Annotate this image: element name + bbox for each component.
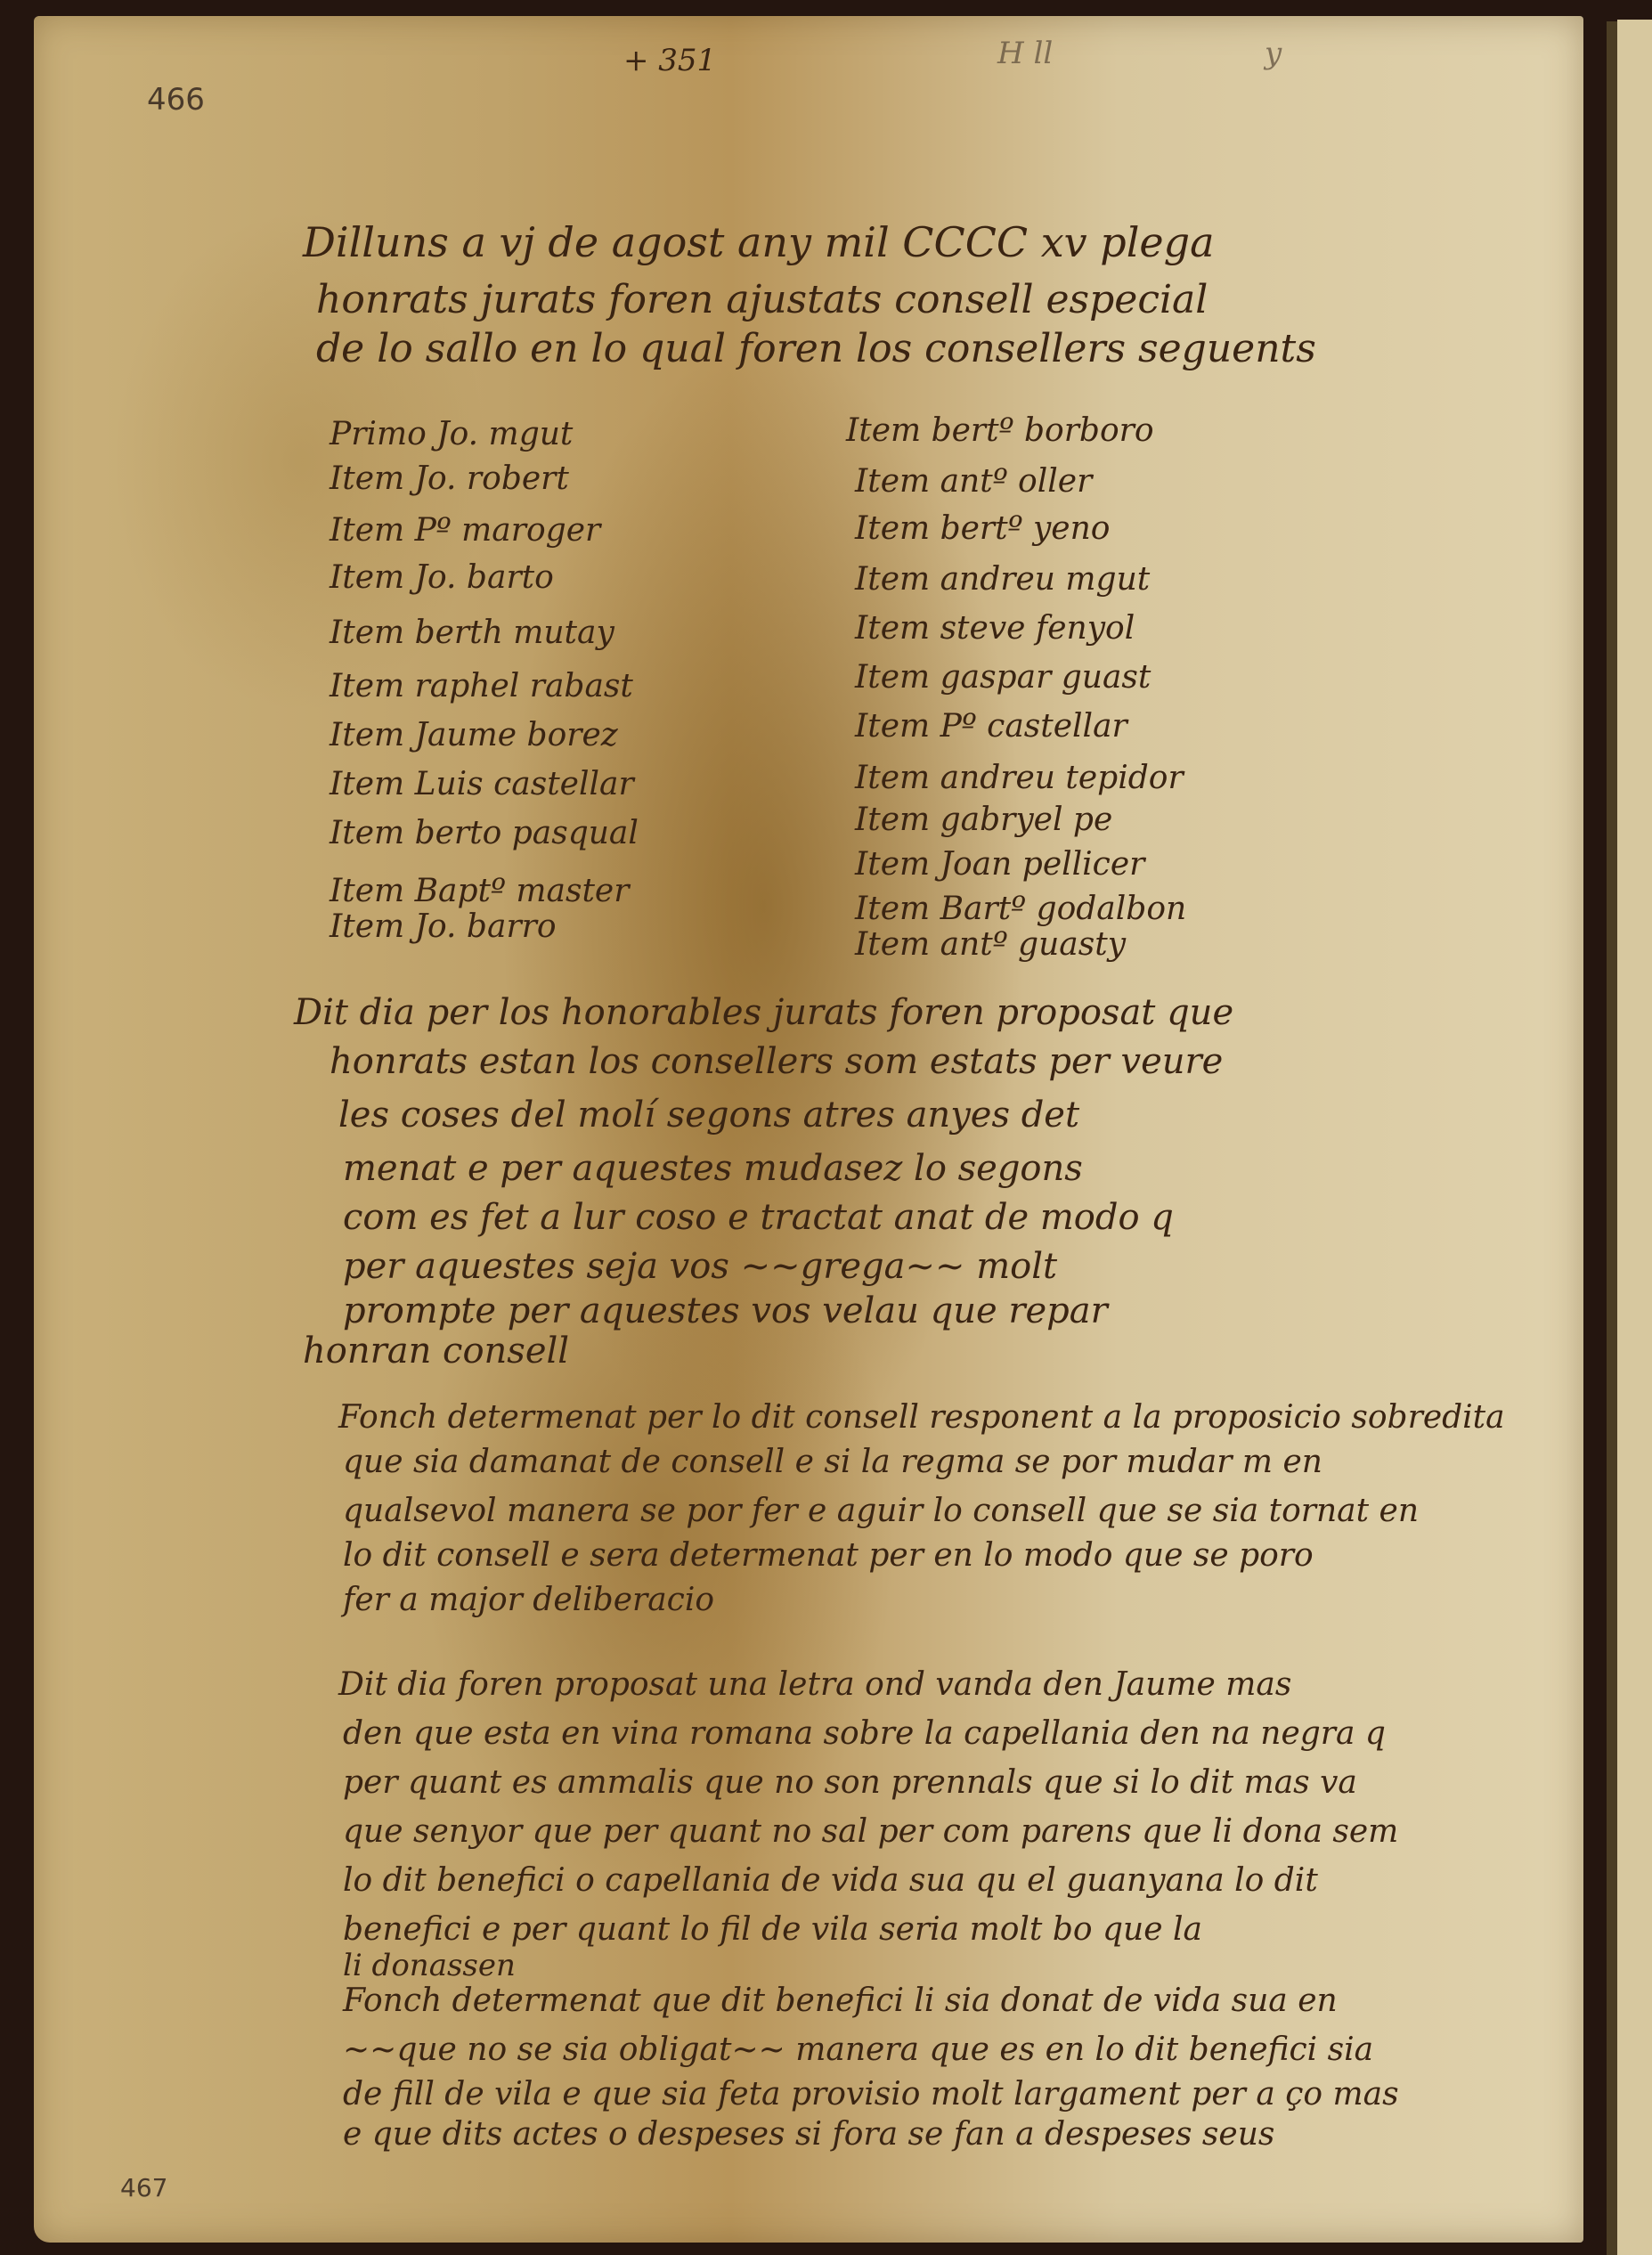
text-line: e que dits actes o despeses si fora se f… bbox=[343, 2111, 1274, 2159]
text-line: fer a major deliberacio bbox=[343, 1576, 714, 1624]
text-line: honran consell bbox=[303, 1327, 569, 1375]
text-line: les coses del molí segons atres anyes de… bbox=[338, 1091, 1079, 1139]
name-right: Item andreu tepidor bbox=[855, 755, 1184, 802]
top-mark-2: H ll bbox=[997, 36, 1053, 71]
name-left: Item Jaume borez bbox=[330, 712, 618, 759]
name-left: Item berto pasqual bbox=[330, 810, 639, 857]
facing-page-edge bbox=[1617, 20, 1652, 2255]
text-line: que senyor que per quant no sal per com … bbox=[343, 1808, 1398, 1856]
text-line: Dit dia foren proposat una letra ond van… bbox=[338, 1661, 1291, 1709]
name-left: Item berth mutay bbox=[330, 610, 614, 656]
text-line: ~~que no se sia obligat~~ manera que es … bbox=[343, 2026, 1373, 2074]
text-line: lo dit benefici o capellania de vida sua… bbox=[343, 1857, 1318, 1905]
name-right: Item Pº castellar bbox=[855, 704, 1127, 750]
text-line: honrats estan los consellers som estats … bbox=[330, 1038, 1223, 1086]
name-right: Item andreu mgut bbox=[855, 557, 1150, 603]
name-left: Item Jo. robert bbox=[330, 456, 569, 502]
name-left: Item Luis castellar bbox=[330, 761, 634, 808]
text-line: Fonch determenat que dit benefici li sia… bbox=[343, 1977, 1338, 2025]
name-right: Item gaspar guast bbox=[855, 655, 1151, 701]
text-line: lo dit consell e sera determenat per en … bbox=[343, 1532, 1314, 1580]
top-mark-1: + 351 bbox=[623, 43, 716, 78]
name-left: Primo Jo. mgut bbox=[330, 411, 573, 458]
name-right: Item gabryel pe bbox=[855, 797, 1112, 843]
text-line: menat e per aquestes mudasez lo segons bbox=[343, 1144, 1083, 1193]
header-line-3: de lo sallo en lo qual foren los consell… bbox=[316, 325, 1316, 373]
text-line: com es fet a lur coso e tractat anat de … bbox=[343, 1193, 1174, 1241]
name-right: Item bertº yeno bbox=[855, 506, 1110, 552]
name-left: Item Pº maroger bbox=[330, 508, 600, 554]
top-mark-3: y bbox=[1265, 36, 1282, 71]
text-line: que sia damanat de consell e si la regma… bbox=[343, 1438, 1322, 1486]
name-right: Item antº oller bbox=[855, 459, 1092, 505]
folio-number-bottom: 467 bbox=[120, 2173, 167, 2202]
name-right: Item Joan pellicer bbox=[855, 842, 1144, 888]
text-line: per quant es ammalis que no son prennals… bbox=[343, 1759, 1357, 1807]
name-left: Item raphel rabast bbox=[330, 663, 633, 710]
book-gutter bbox=[1607, 21, 1617, 2255]
header-line-1: Dilluns a vj de agost any mil CCCC xv pl… bbox=[303, 218, 1215, 266]
text-line: den que esta en vina romana sobre la cap… bbox=[343, 1710, 1386, 1758]
name-right: Item bertº borboro bbox=[846, 408, 1154, 454]
text-line: qualsevol manera se por fer e aguir lo c… bbox=[343, 1487, 1419, 1535]
name-right: Item steve fenyol bbox=[855, 606, 1135, 652]
name-left: Item Jo. barto bbox=[330, 555, 554, 601]
header-line-2: honrats jurats foren ajustats consell es… bbox=[316, 276, 1208, 324]
text-line: Fonch determenat per lo dit consell resp… bbox=[338, 1394, 1505, 1442]
text-line: Dit dia per los honorables jurats foren … bbox=[294, 989, 1233, 1037]
name-left: Item Jo. barro bbox=[330, 904, 557, 950]
text-line: per aquestes seja vos ~~grega~~ molt bbox=[343, 1242, 1057, 1290]
name-right: Item antº guasty bbox=[855, 922, 1126, 968]
folio-number-top: 466 bbox=[147, 82, 205, 118]
